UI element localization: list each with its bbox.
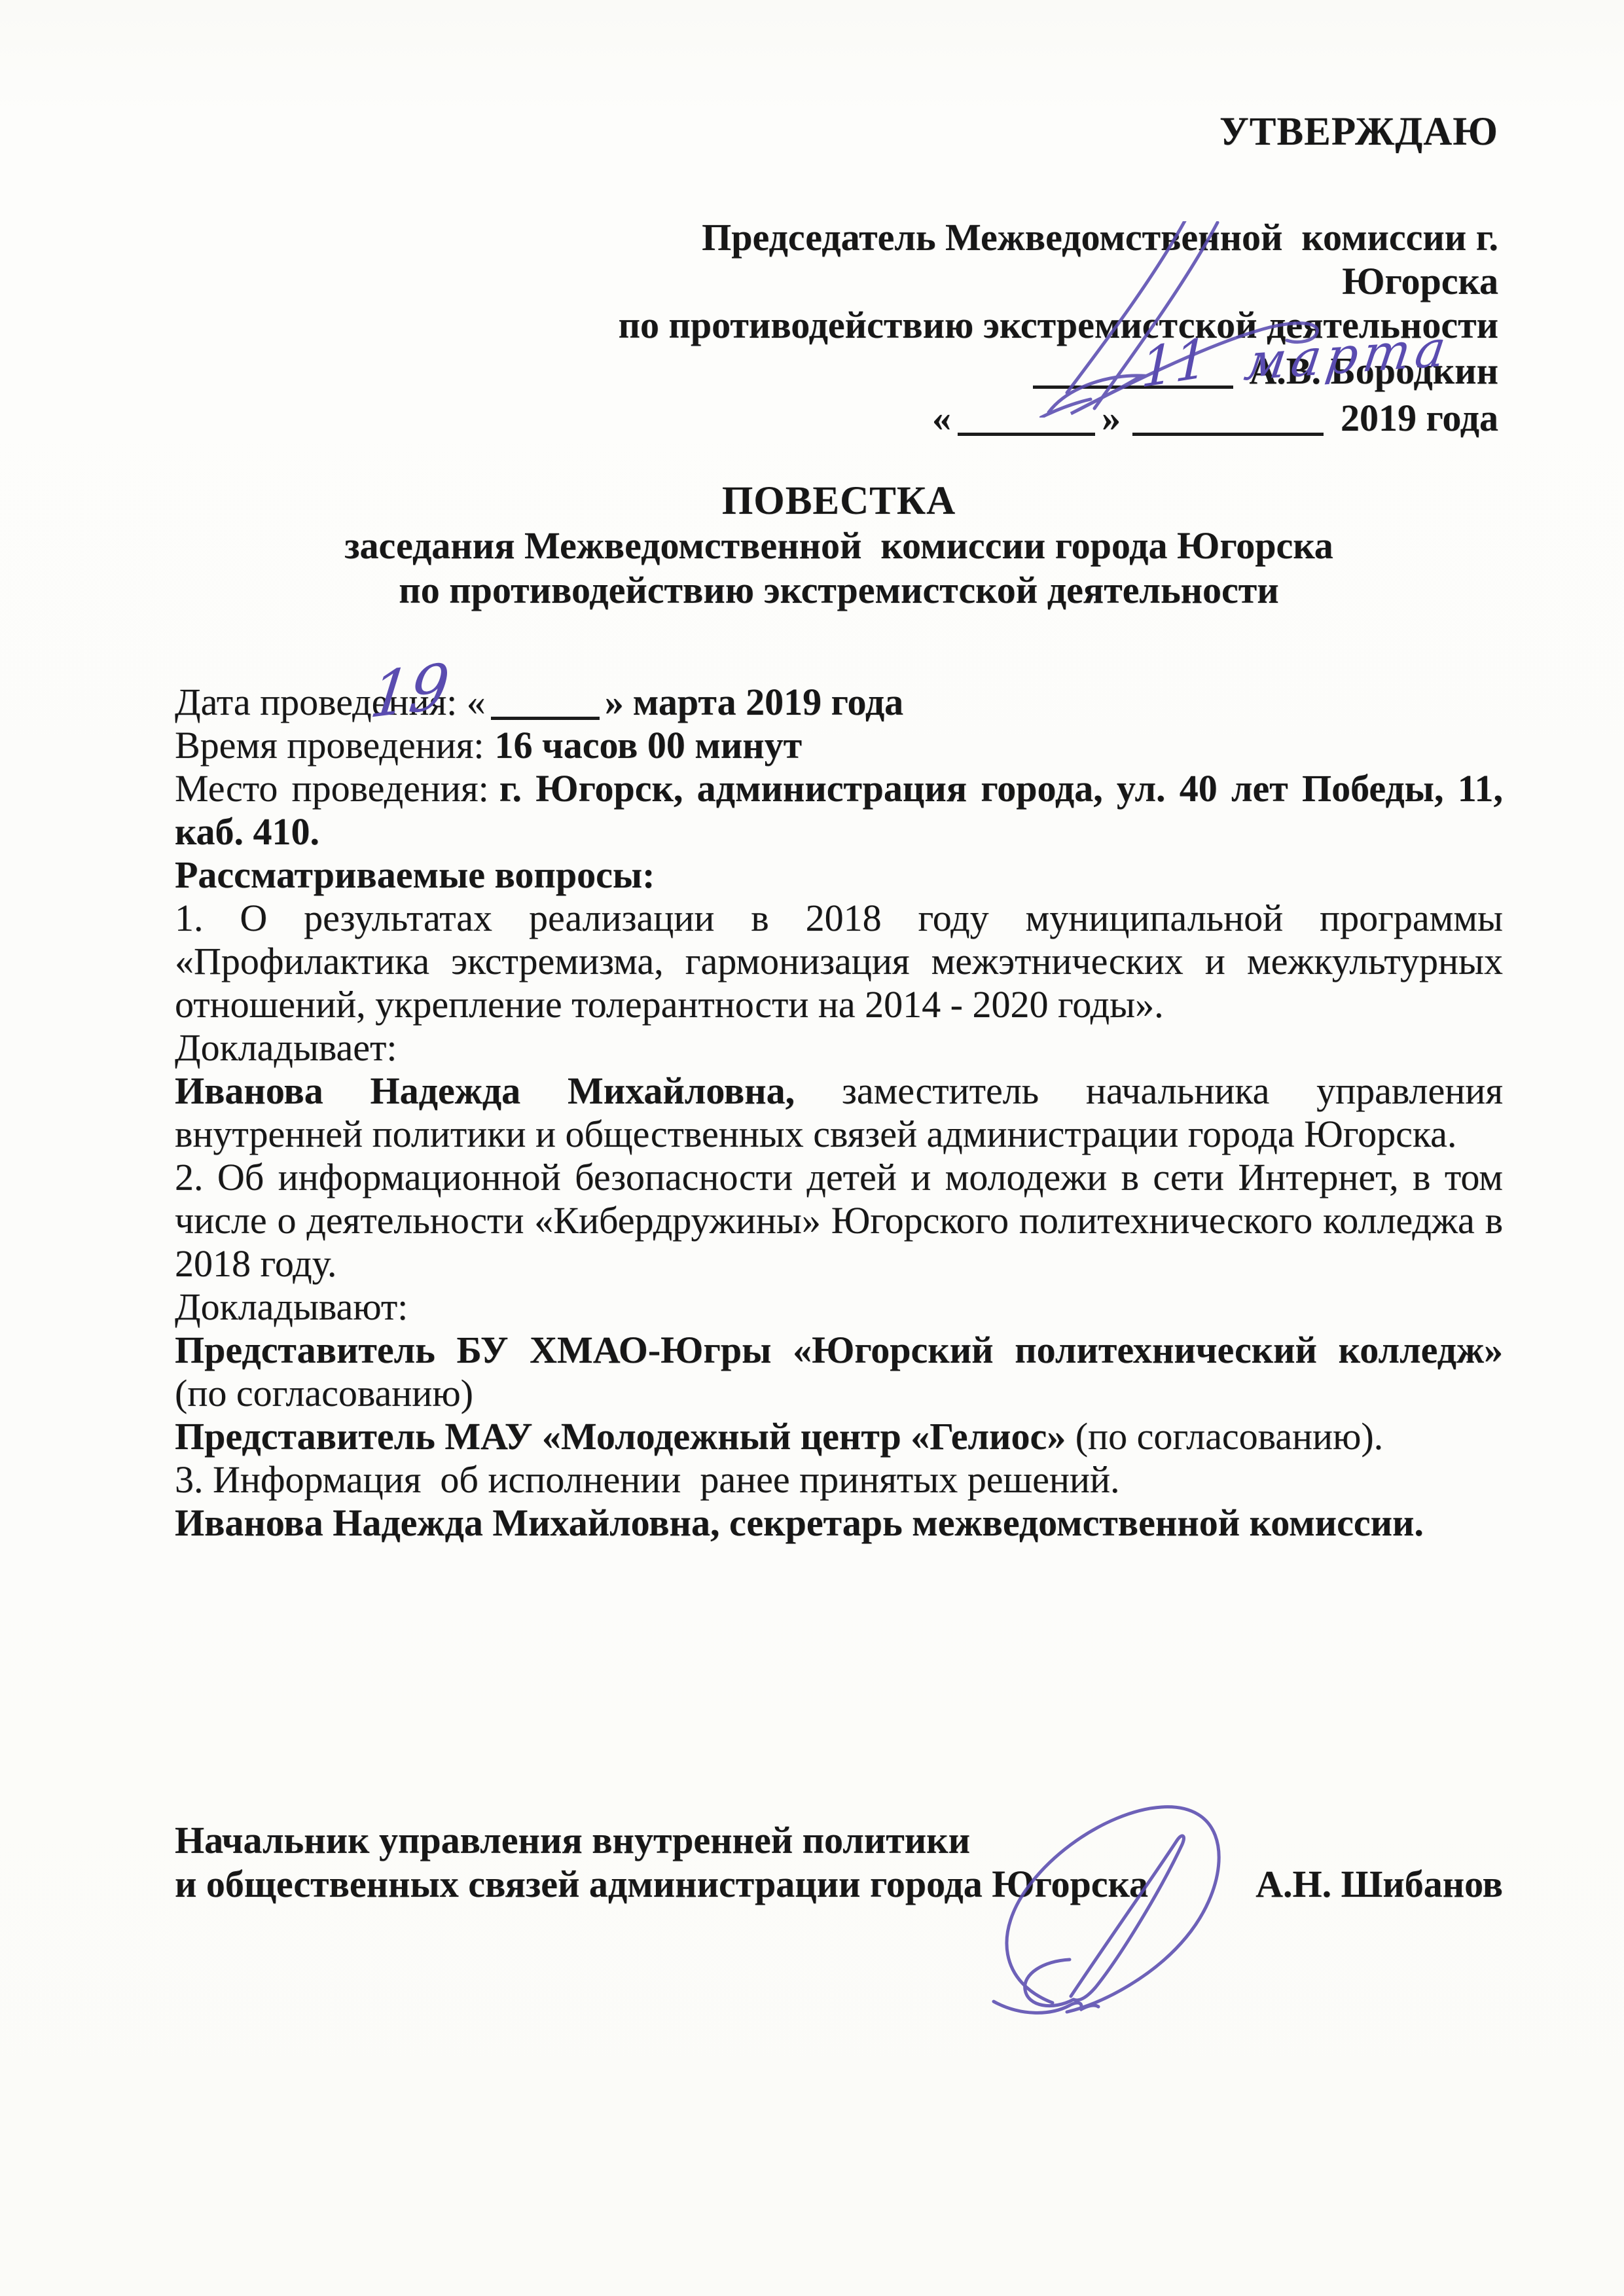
open-quote: « [932,397,951,439]
approval-stamp: УТВЕРЖДАЮ [563,110,1498,154]
speaker-name: Иванова Надежда Михайловна, секретарь ме… [175,1501,1424,1544]
agenda-item-2: 2. Об информационной безопасности детей … [175,1156,1503,1285]
meeting-time-label: Время проведения: [175,724,484,766]
document-body: Дата проведения: «»марта 2019 года Время… [175,681,1503,1545]
speaker-note: (по согласованию) [175,1372,473,1414]
agenda-item-2-speaker-label: Докладывают: [175,1285,1503,1329]
title-word: ПОВЕСТКА [175,479,1503,524]
footer-block: Начальник управления внутренней политики… [175,1818,1503,1906]
meeting-place-line: Место проведения:г. Югорск, администраци… [175,767,1503,853]
agenda-item-1-speaker: Иванова Надежда Михайловна, заместитель … [175,1069,1503,1156]
meeting-time-value: 16 часов 00 минут [495,724,803,766]
speaker-name: Иванова Надежда Михайловна, [175,1069,795,1112]
document-title-block: ПОВЕСТКА заседания Межведомственной коми… [175,479,1503,613]
meeting-date-close: » [605,681,624,723]
agenda-item-1: 1. О результатах реализации в 2018 году … [175,897,1503,1026]
scanned-document-page: УТВЕРЖДАЮ Председатель Межведомственной … [0,0,1624,2296]
title-line2: заседания Межведомственной комиссии горо… [175,524,1503,568]
shibanov-signature-ink [990,1785,1271,2021]
month-underline [1132,433,1324,436]
agenda-item-3-speaker: Иванова Надежда Михайловна, секретарь ме… [175,1501,1503,1545]
speaker-name: Представитель МАУ «Молодежный центр «Гел… [175,1415,1066,1458]
agenda-item-1-speaker-label: Докладывает: [175,1026,1503,1069]
borodkin-signature-ink [1039,221,1380,418]
handwritten-meeting-day: 19 [367,650,453,732]
agenda-item-2-speaker-1: Представитель БУ ХМАО-Югры «Югорский пол… [175,1329,1503,1415]
footer-signer-name: А.Н. Шибанов [1255,1862,1503,1906]
footer-row: и общественных связей администрации горо… [175,1862,1503,1906]
meeting-day-underline [491,717,600,720]
agenda-item-2-speaker-2: Представитель МАУ «Молодежный центр «Гел… [175,1415,1503,1458]
title-line3: по противодействию экстремистской деятел… [175,568,1503,613]
footer-position-line1: Начальник управления внутренней политики [175,1818,1503,1862]
speaker-name: Представитель БУ ХМАО-Югры «Югорский пол… [175,1329,1503,1371]
questions-heading: Рассматриваемые вопросы: [175,853,1503,897]
agenda-item-3: 3. Информация об исполнении ранее принят… [175,1458,1503,1501]
day-underline [958,433,1095,436]
meeting-date-value: марта 2019 года [633,681,903,723]
meeting-place-label: Место проведения: [175,767,489,810]
speaker-note: (по согласованию). [1066,1415,1383,1458]
